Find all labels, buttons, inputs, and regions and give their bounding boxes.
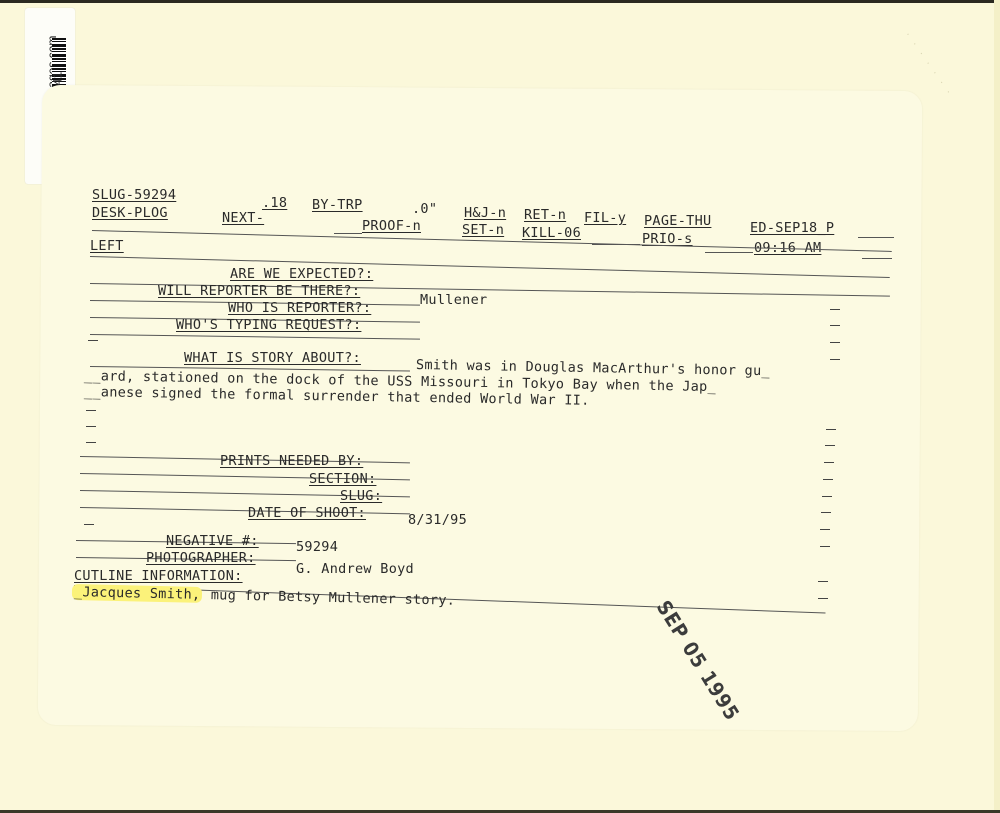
photo-top-edge bbox=[0, 0, 1000, 3]
dash bbox=[824, 462, 834, 463]
left-field: LEFT bbox=[90, 238, 124, 254]
dash bbox=[822, 496, 832, 497]
by-field: BY-TRP bbox=[312, 197, 363, 213]
set-field: SET-n bbox=[462, 222, 504, 238]
dash bbox=[818, 581, 828, 582]
rule bbox=[862, 258, 892, 259]
slug-field: SLUG-59294 bbox=[92, 187, 176, 203]
whos-typing-label: WHO'S TYPING REQUEST?: bbox=[176, 317, 361, 333]
dash bbox=[825, 445, 835, 446]
who-is-reporter-label: WHO IS REPORTER?: bbox=[228, 300, 371, 316]
rule bbox=[858, 237, 894, 238]
dash bbox=[821, 512, 831, 513]
date-of-shoot-label: DATE OF SHOOT: bbox=[248, 505, 366, 521]
dash bbox=[818, 598, 828, 599]
desk-field: DESK-PLOG bbox=[92, 205, 168, 221]
will-reporter-label: WILL REPORTER BE THERE?: bbox=[158, 283, 360, 299]
dash bbox=[86, 410, 96, 411]
will-reporter-value: Mullener bbox=[420, 292, 487, 308]
are-we-expected-label: ARE WE EXPECTED?: bbox=[230, 266, 373, 282]
photo-right-edge bbox=[994, 0, 1000, 813]
section-label: SECTION: bbox=[309, 471, 376, 487]
negative-value: 59294 bbox=[296, 539, 338, 555]
rule bbox=[334, 233, 362, 234]
date-of-shoot-value: 8/31/95 bbox=[408, 512, 467, 528]
dash bbox=[830, 359, 840, 360]
photographer-label: PHOTOGRAPHER: bbox=[146, 550, 256, 566]
dash bbox=[86, 426, 96, 427]
dash bbox=[830, 309, 840, 310]
dash bbox=[823, 479, 833, 480]
cutline-highlight: _Jacques Smith, bbox=[72, 584, 203, 603]
dash bbox=[820, 529, 830, 530]
kill-field: KILL-06 bbox=[522, 225, 581, 241]
dash bbox=[830, 342, 840, 343]
size-field: .18 bbox=[262, 195, 287, 211]
request-slip bbox=[38, 85, 922, 731]
prints-needed-label: PRINTS NEEDED BY: bbox=[220, 453, 363, 469]
cutline-label: CUTLINE INFORMATION: bbox=[74, 568, 243, 584]
watermark-text: · · · · · · · bbox=[902, 31, 954, 99]
ret-field: RET-n bbox=[524, 207, 566, 223]
dash bbox=[86, 442, 96, 443]
dash bbox=[820, 546, 830, 547]
rule bbox=[705, 252, 753, 253]
inches-field: .0" bbox=[412, 201, 437, 217]
dash bbox=[88, 340, 98, 341]
next-field: NEXT- bbox=[222, 210, 264, 226]
proof-field: PROOF-n bbox=[362, 218, 421, 234]
ed-field: ED-SEP18_P bbox=[750, 220, 834, 236]
story-about-label: WHAT IS STORY ABOUT?: bbox=[184, 350, 361, 366]
fil-field: FIL-y bbox=[584, 210, 626, 226]
negative-label: NEGATIVE #: bbox=[166, 533, 259, 549]
dash bbox=[826, 429, 836, 430]
dash bbox=[84, 524, 94, 525]
dash bbox=[830, 325, 840, 326]
hj-field: H&J-n bbox=[464, 205, 506, 221]
photographer-value: G. Andrew Boyd bbox=[296, 561, 414, 577]
slug-label: SLUG: bbox=[340, 488, 382, 504]
page-field: PAGE-THU bbox=[644, 213, 711, 229]
